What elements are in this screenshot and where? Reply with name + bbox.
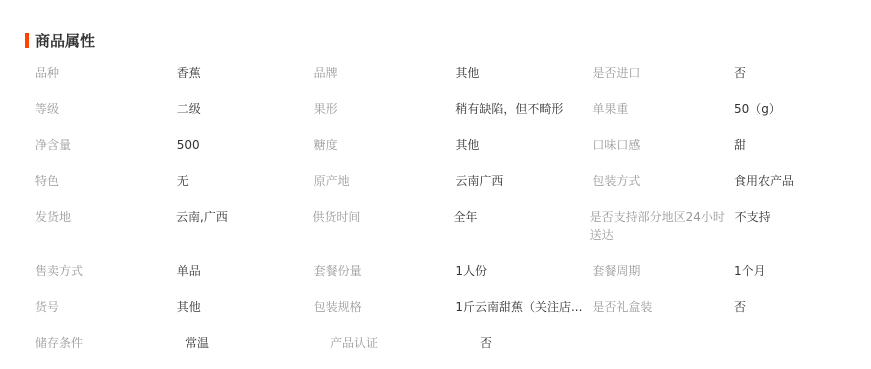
attribute-row: 净含量 500 糖度 其他 口味口感 甜	[35, 136, 871, 172]
attribute-row: 货号 其他 包装规格 1斤云南甜蕉（关注店... 是否礼盒装 否	[35, 298, 871, 334]
attribute-value: 否	[734, 64, 871, 82]
attribute-label: 等级	[35, 100, 177, 118]
attribute-label: 口味口感	[592, 136, 734, 154]
attribute-label: 特色	[35, 172, 177, 190]
accent-bar	[25, 33, 29, 48]
attribute-value: 食用农产品	[734, 172, 871, 190]
attribute-value: 全年	[453, 208, 589, 226]
section-title: 商品属性	[35, 30, 95, 51]
section-header: 商品属性	[25, 30, 95, 50]
attribute-label: 包装规格	[314, 298, 456, 316]
attribute-value: 单品	[177, 262, 314, 280]
attribute-label: 果形	[314, 100, 456, 118]
attribute-row: 储存条件 常温 产品认证 否	[35, 334, 871, 369]
attribute-value: 不支持	[735, 208, 871, 226]
attribute-row: 特色 无 原产地 云南广西 包装方式 食用农产品	[35, 172, 871, 208]
attribute-label: 产品认证	[330, 334, 480, 352]
attribute-value: 1斤云南甜蕉（关注店...	[455, 298, 592, 316]
attribute-label: 发货地	[35, 208, 176, 226]
attribute-label: 套餐份量	[314, 262, 456, 280]
attribute-label: 售卖方式	[35, 262, 177, 280]
attribute-label: 品种	[35, 64, 177, 82]
attribute-value: 50（g）	[734, 100, 871, 118]
attribute-value: 无	[177, 172, 314, 190]
attribute-label: 储存条件	[35, 334, 185, 352]
attribute-label: 净含量	[35, 136, 177, 154]
attribute-label: 品牌	[314, 64, 456, 82]
attribute-value: 云南,广西	[176, 208, 312, 226]
attribute-label: 糖度	[314, 136, 456, 154]
attribute-value: 否	[734, 298, 871, 316]
attribute-value: 1人份	[455, 262, 592, 280]
attribute-label: 包装方式	[592, 172, 734, 190]
attribute-row: 等级 二级 果形 稍有缺陷，但不畸形 单果重 50（g）	[35, 100, 871, 136]
attribute-value: 其他	[177, 298, 314, 316]
attribute-value: 1个月	[734, 262, 871, 280]
attribute-value: 否	[480, 334, 625, 352]
attribute-grid: 品种 香蕉 品牌 其他 是否进口 否 等级 二级 果形 稍有缺陷，但不畸形 单果…	[35, 64, 871, 369]
attribute-label-text: 是否支持部分地区24小时送达	[590, 208, 735, 244]
attribute-label: 是否进口	[592, 64, 734, 82]
attribute-label: 单果重	[592, 100, 734, 118]
attribute-row: 品种 香蕉 品牌 其他 是否进口 否	[35, 64, 871, 100]
attribute-label: 套餐周期	[592, 262, 734, 280]
attribute-label: 原产地	[314, 172, 456, 190]
attribute-value: 其他	[455, 136, 592, 154]
attribute-value: 甜	[734, 136, 871, 154]
attribute-label: 货号	[35, 298, 177, 316]
attribute-value: 其他	[455, 64, 592, 82]
attribute-row: 发货地 云南,广西 供货时间 全年 是否支持部分地区24小时送达 不支持	[35, 208, 871, 262]
attribute-value: 500	[177, 136, 314, 154]
attribute-value: 香蕉	[177, 64, 314, 82]
attribute-value: 常温	[185, 334, 330, 352]
attribute-row: 售卖方式 单品 套餐份量 1人份 套餐周期 1个月	[35, 262, 871, 298]
attribute-value: 二级	[177, 100, 314, 118]
attribute-value: 稍有缺陷，但不畸形	[455, 100, 592, 118]
attribute-value: 云南广西	[455, 172, 592, 190]
attribute-label: 供货时间	[312, 208, 453, 226]
attribute-label: 是否礼盒装	[592, 298, 734, 316]
attribute-label: 是否支持部分地区24小时送达	[590, 208, 735, 244]
